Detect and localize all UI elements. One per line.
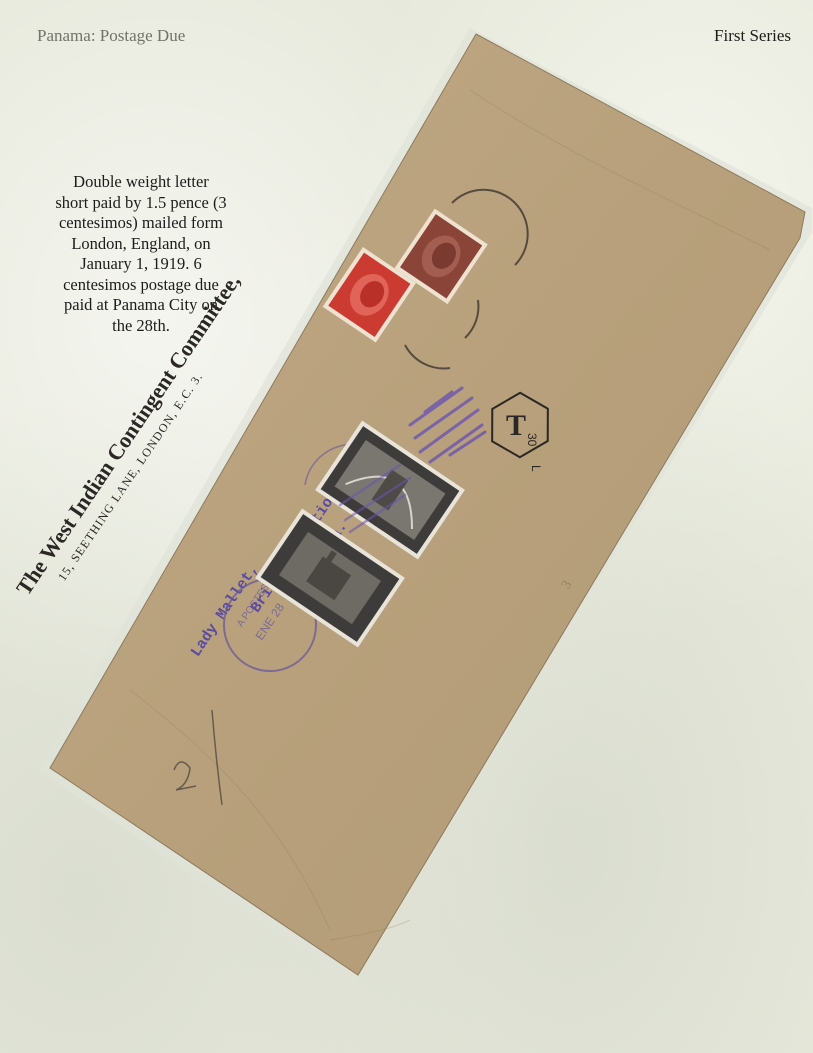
tax-mark-suffix: L	[529, 465, 543, 472]
tax-mark-number: 30	[525, 433, 539, 447]
tax-mark-letter-t: T	[506, 409, 526, 442]
postal-cover: The West Indian Contingent Committee, 15…	[0, 0, 813, 1053]
